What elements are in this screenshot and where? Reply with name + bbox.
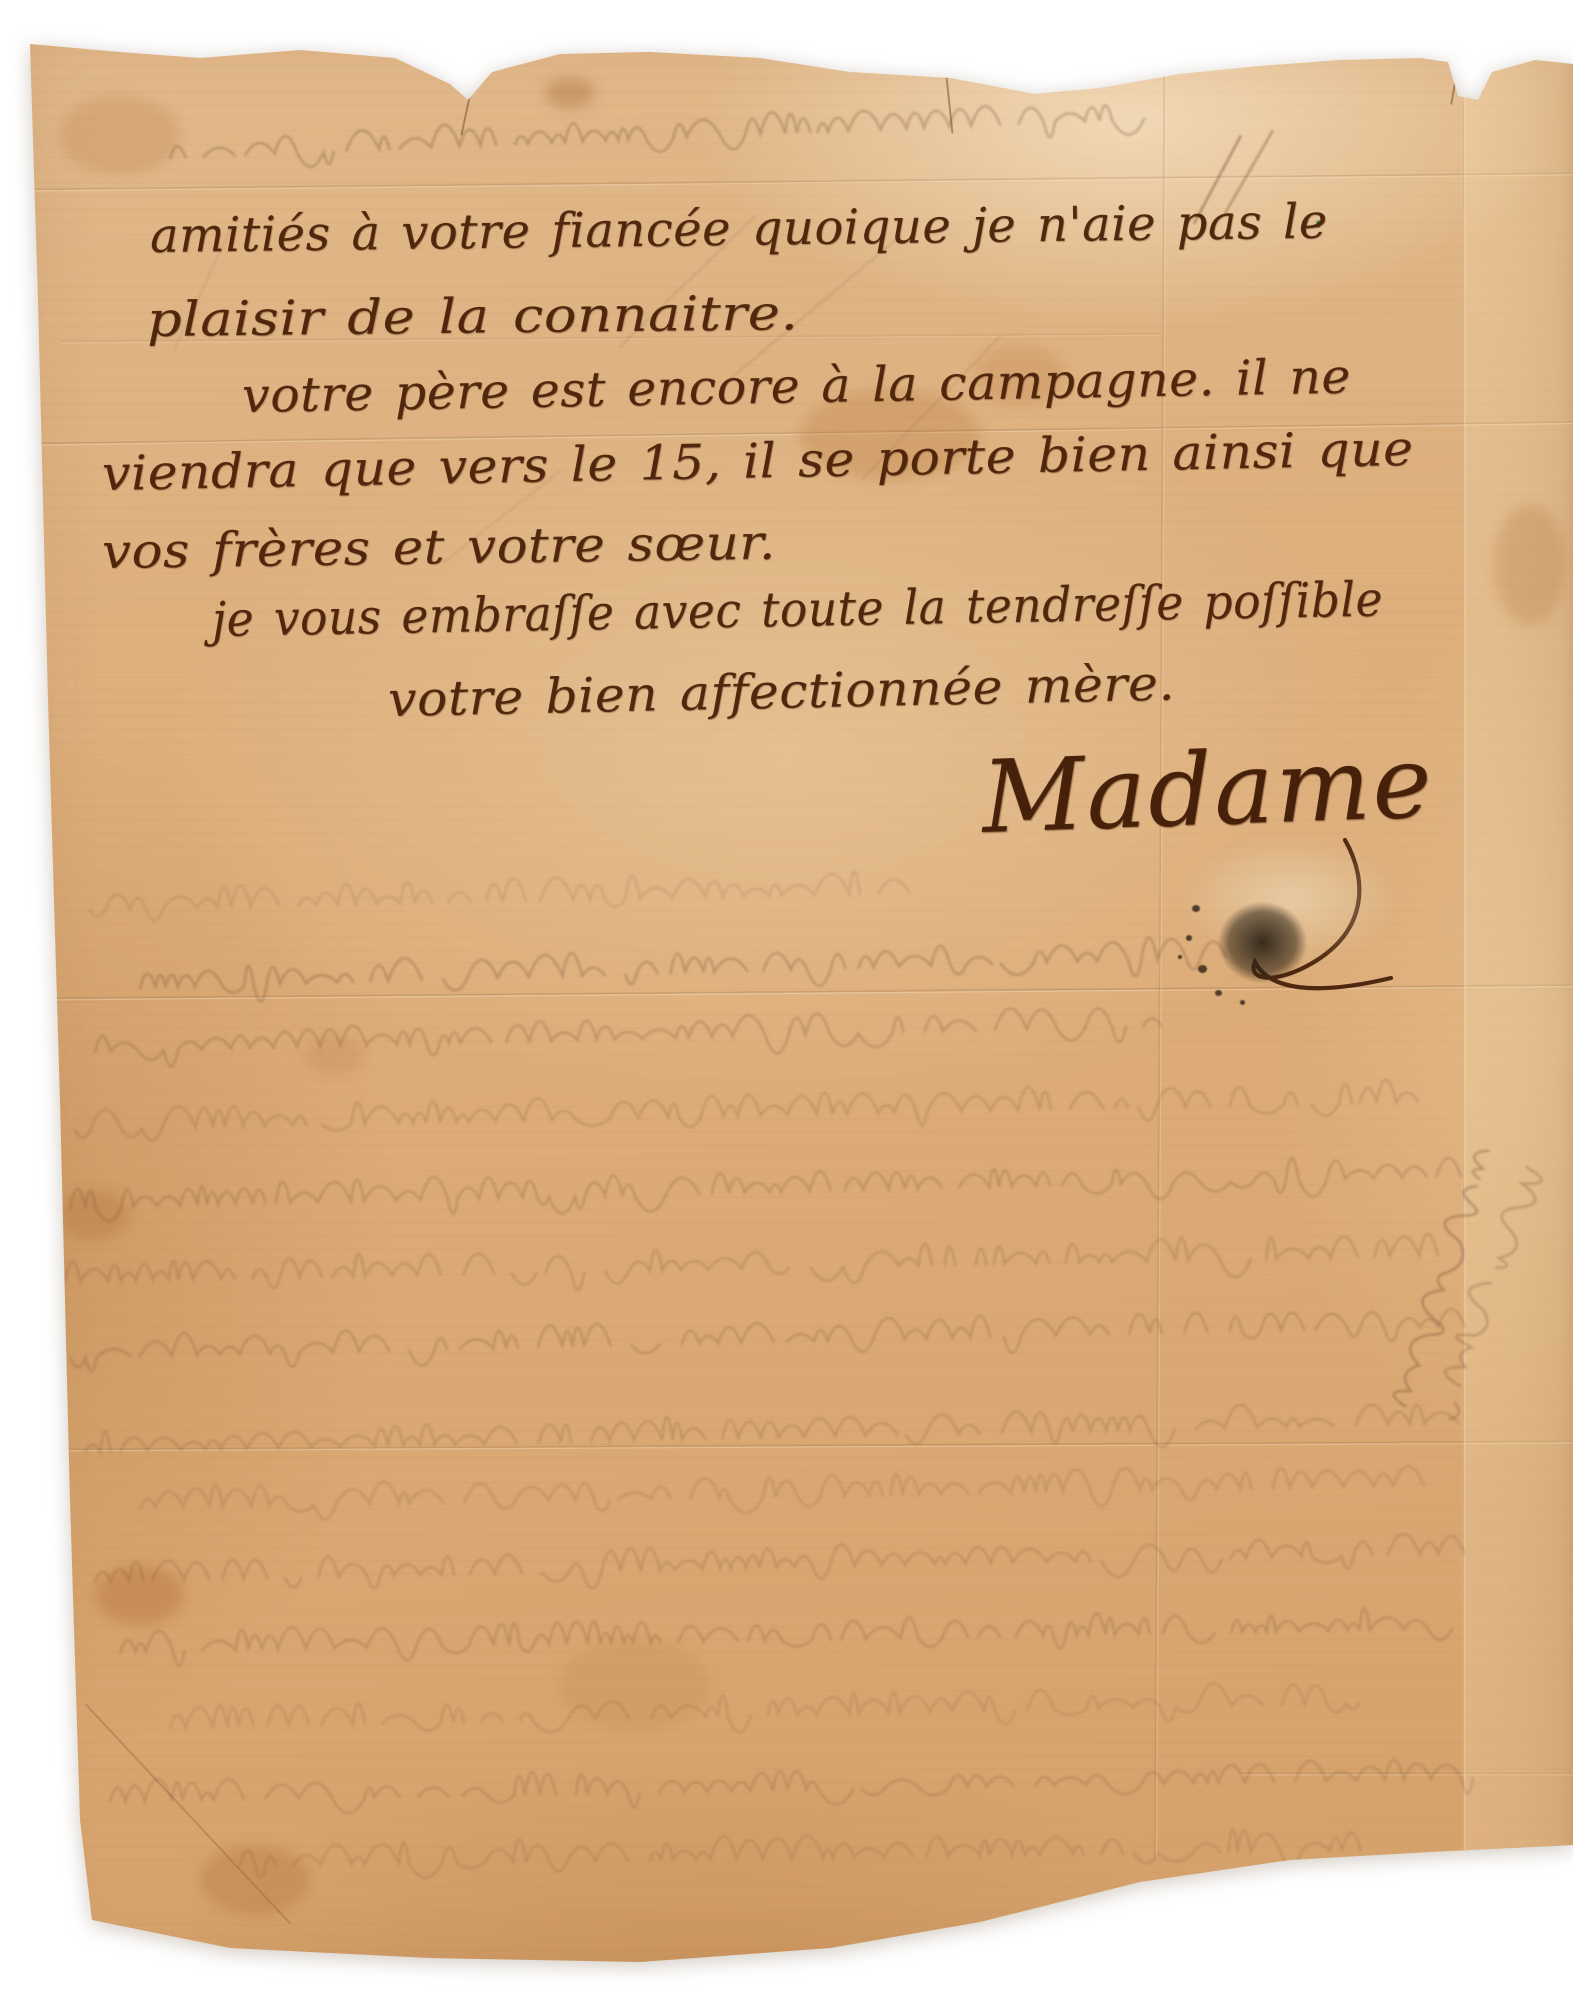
letter-photograph: amitiés à votre fiancée quoique je n'aie… <box>0 0 1573 2000</box>
letter-line: amitiés à votre fiancée quoique je n'aie… <box>150 198 1328 260</box>
ghost-writing-row <box>170 1673 1351 1742</box>
ghost-writing-row <box>140 1456 1411 1522</box>
signature: Madame <box>980 732 1435 848</box>
fold-crease-horizontal <box>30 172 1573 192</box>
tear-crack <box>1450 60 1459 105</box>
letter-line: vos frères et votre sœur. <box>102 519 776 576</box>
ghost-writing-row <box>110 1748 1471 1816</box>
ghost-writing-row <box>90 863 891 924</box>
letter-line: plaisir de la connaitre. <box>147 289 799 344</box>
ghost-writing-row <box>75 1072 1406 1144</box>
aged-letter-paper: amitiés à votre fiancée quoique je n'aie… <box>0 0 1573 2000</box>
letter-line: votre bien affectionnée mère. <box>387 660 1175 724</box>
ghost-writing-row <box>65 1226 1426 1296</box>
ghost-writing-row <box>85 1394 1446 1466</box>
ghost-writing-row <box>120 1599 1451 1666</box>
right-fold-flap <box>1462 40 1573 1850</box>
letter-line: je vous embraſſe avec toute la tendreſſe… <box>212 576 1384 644</box>
ink-speck <box>1198 965 1207 973</box>
ghost-writing-row <box>70 1297 1451 1372</box>
ghost-writing-row <box>70 1147 1441 1222</box>
letter-line: votre père est encore à la campagne. il … <box>242 353 1352 420</box>
foxing-stain <box>1495 505 1565 625</box>
ink-speck <box>1215 990 1222 996</box>
ghost-writing-row <box>240 1820 1361 1880</box>
ink-speck <box>1178 955 1182 959</box>
ghost-writing-row <box>94 996 1155 1066</box>
ink-blot <box>1205 890 1320 995</box>
foxing-stain <box>545 78 595 108</box>
ink-speck <box>1186 935 1192 941</box>
paper-shadow-wrapper: amitiés à votre fiancée quoique je n'aie… <box>0 0 1573 2000</box>
ghost-writing-row <box>169 89 1150 172</box>
foxing-stain <box>60 95 180 175</box>
ink-speck <box>1240 1000 1245 1005</box>
ink-speck <box>1192 905 1200 912</box>
ghost-writing-row <box>95 1524 1456 1596</box>
letter-line: viendra que vers le 15, il se porte bien… <box>102 425 1414 498</box>
